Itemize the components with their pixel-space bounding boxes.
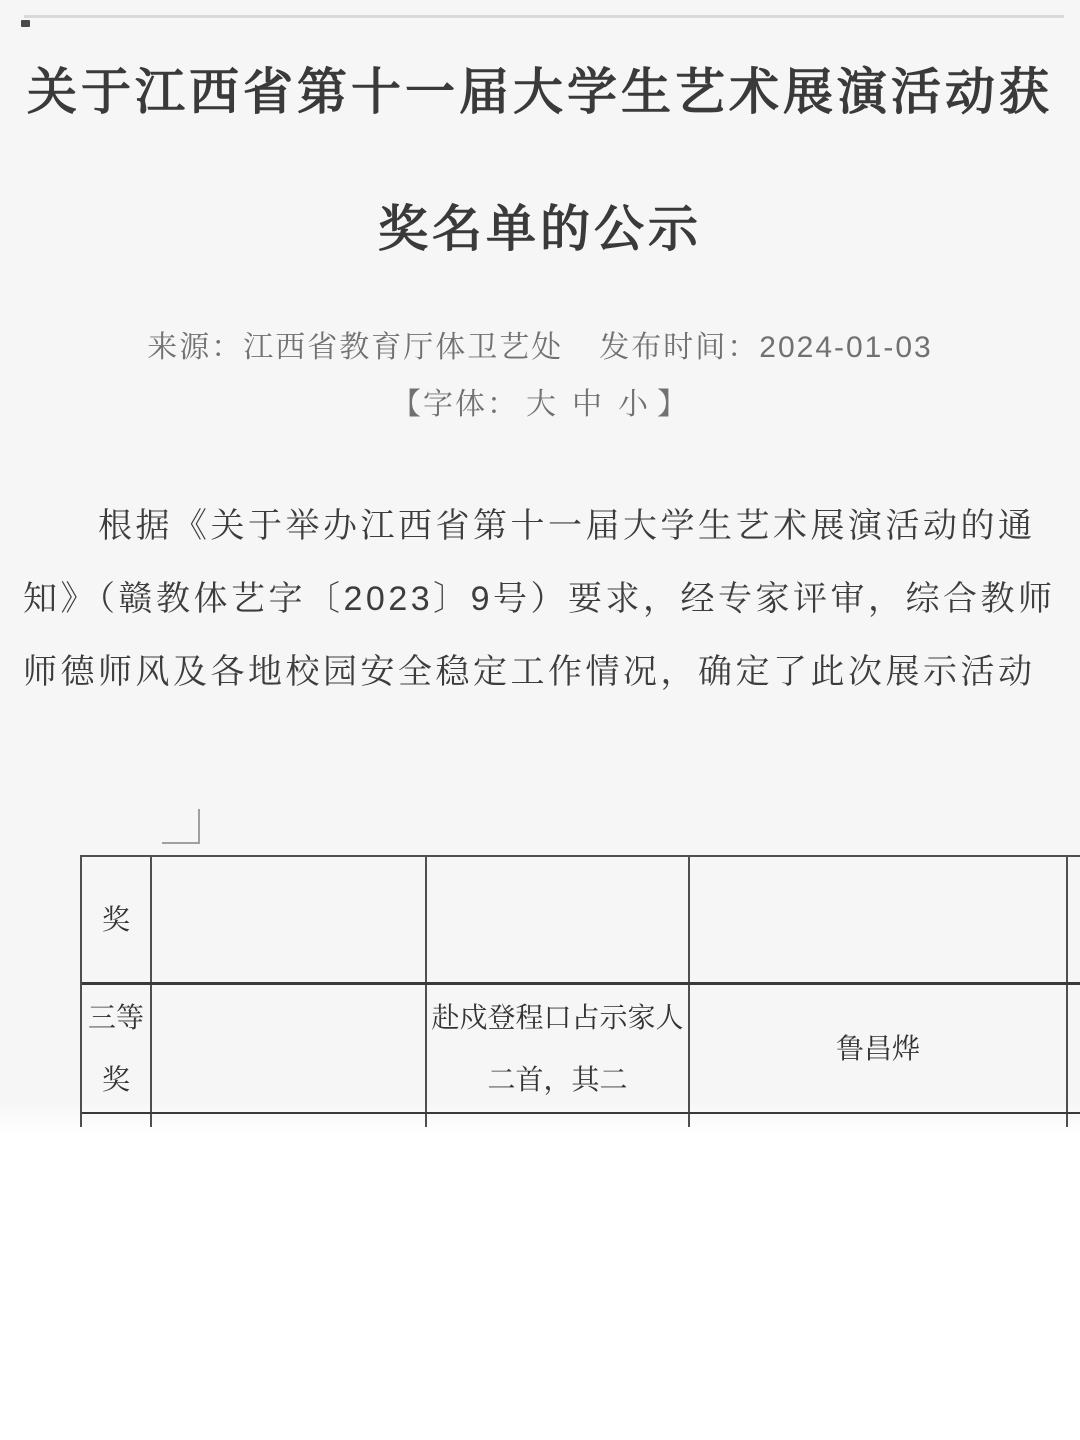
meta-publish-time: 发布时间：2024-01-03 (599, 331, 932, 364)
table-row-2: 三等奖 赴戍登程口占示家人二首，其二 鲁昌烨 (82, 985, 1080, 1114)
table-cell-empty (152, 857, 427, 982)
table-cell-stub (690, 1114, 1068, 1127)
table-cell-empty (152, 985, 427, 1112)
page-title-line2: 奖名单的公示 (0, 199, 1080, 259)
table-row-stub (82, 1114, 1080, 1127)
table-cell-award-level: 三等奖 (82, 985, 152, 1112)
table-cell-stub (427, 1114, 690, 1127)
table-cell-clipped (1068, 857, 1080, 982)
font-size-control: 【字体：大中小】 (0, 387, 1080, 423)
table-cell-stub (82, 1114, 152, 1127)
font-control-prefix: 【字体： (391, 388, 519, 421)
font-control-suffix: 】 (657, 388, 689, 421)
table-cell-clipped (1068, 985, 1080, 1112)
font-size-medium-link[interactable]: 中 (572, 388, 604, 421)
top-divider (24, 15, 1064, 18)
text-boundary-corner-mark (162, 809, 200, 844)
font-size-small-link[interactable]: 小 (618, 388, 650, 421)
body-line-1: 根据《关于举办江西省第十一届大学生艺术展演活动的通 (23, 490, 1050, 563)
body-paragraph: 根据《关于举办江西省第十一届大学生艺术展演活动的通 知》（赣教体艺字〔2023〕… (23, 490, 1050, 709)
page-title-line1: 关于江西省第十一届大学生艺术展演活动获 (0, 62, 1080, 122)
article-meta: 来源：江西省教育厅体卫艺处发布时间：2024-01-03 (0, 330, 1080, 366)
table-cell-empty (690, 857, 1068, 982)
table-cell-stub (1068, 1114, 1080, 1127)
table-row-1: 奖 (82, 857, 1080, 985)
table-cell-stub (152, 1114, 427, 1127)
award-table: 奖 三等奖 赴戍登程口占示家人二首，其二 (80, 855, 1080, 1127)
body-line-3: 师德师风及各地校园安全稳定工作情况，确定了此次展示活动 (23, 636, 1050, 709)
meta-source: 来源：江西省教育厅体卫艺处 (147, 331, 563, 364)
scan-artifact-dot (21, 20, 30, 27)
table-cell-empty (427, 857, 690, 982)
table-cell-work-title: 赴戍登程口占示家人二首，其二 (427, 985, 690, 1112)
font-size-large-link[interactable]: 大 (526, 388, 558, 421)
table-cell-award-partial: 奖 (82, 857, 152, 982)
announcement-page: 关于江西省第十一届大学生艺术展演活动获 奖名单的公示 来源：江西省教育厅体卫艺处… (0, 0, 1080, 1440)
table-cell-winner-name: 鲁昌烨 (690, 985, 1068, 1112)
body-line-2: 知》（赣教体艺字〔2023〕9号）要求，经专家评审，综合教师 (23, 563, 1050, 636)
